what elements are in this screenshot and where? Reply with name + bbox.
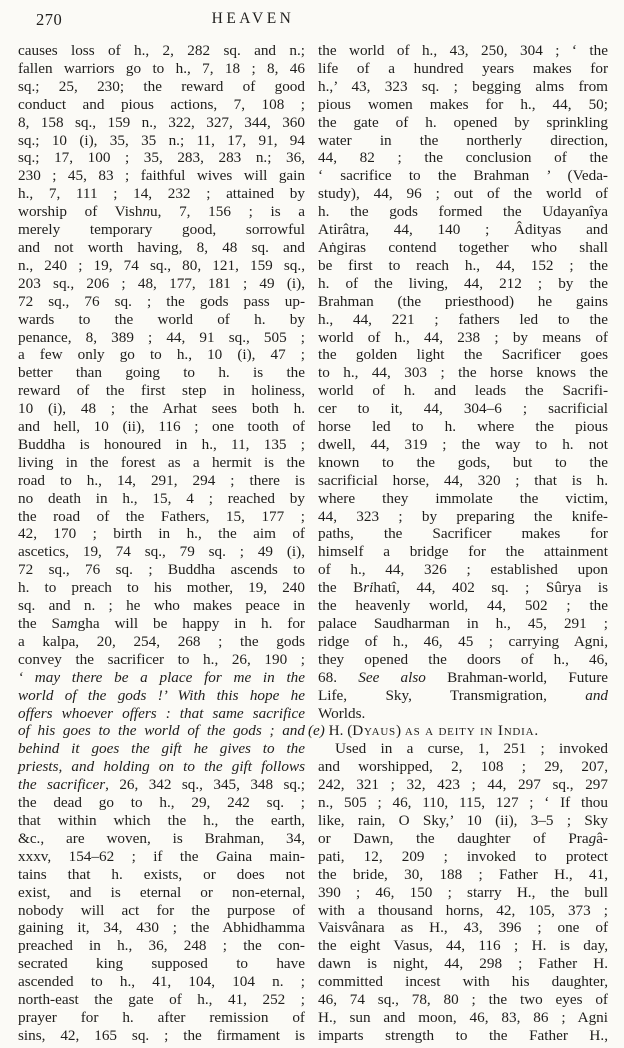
text-line: wards to the world of h. by <box>18 311 305 329</box>
text-line: causes loss of h., 2, 282 sq. and n.; <box>18 42 305 60</box>
book-page: 270 HEAVEN causes loss of h., 2, 282 sq.… <box>0 0 624 1048</box>
text-line: 10 (i), 48 ; the Arhat sees both h. <box>18 400 305 418</box>
text-line: be first to reach h., 44, 152 ; the <box>318 257 608 275</box>
text-line: sq.; 25, 230; the reward of good <box>18 78 305 96</box>
right-column: the world of h., 43, 250, 304 ; ‘ thelif… <box>318 42 608 1045</box>
text-line: merely temporary good, sorrowful <box>18 221 305 239</box>
text-line: worship of Vishnu, 7, 156 ; is a <box>18 203 305 221</box>
text-line: himself a bridge for the attainment <box>318 543 608 561</box>
text-line: ascended to h., 41, 104, 104 n. ; <box>18 973 305 991</box>
text-line: the Samgha will be happy in h. for <box>18 615 305 633</box>
text-line: h., 44, 221 ; fathers led to the <box>318 311 608 329</box>
running-head: HEAVEN <box>0 10 506 28</box>
text-line: known to the gods, but to the <box>318 454 608 472</box>
text-line: 68. See also Brahman-world, Future <box>318 669 608 687</box>
text-line: 72 sq., 76 sq. ; the gods pass up- <box>18 293 305 311</box>
text-line: Atirâtra, 44, 140 ; Âdityas and <box>318 221 608 239</box>
text-line: 44, 82 ; the conclusion of the <box>318 149 608 167</box>
text-line: the dead go to h., 29, 242 sq. ; <box>18 794 305 812</box>
text-line: no death in h., 15, 4 ; reached by <box>18 490 305 508</box>
text-line: 242, 321 ; 32, 423 ; 44, 297 sq., 297 <box>318 776 608 794</box>
text-line: h., 7, 111 ; 14, 232 ; attained by <box>18 185 305 203</box>
text-line: &c., are woven, is Brahman, 34, <box>18 830 305 848</box>
text-line: water in the northerly direction, <box>318 132 608 150</box>
text-line: 203 sq., 206 ; 48, 177, 181 ; 49 (i), <box>18 275 305 293</box>
text-line: the road of the Fathers, 15, 177 ; <box>18 508 305 526</box>
text-line: sq.; 10 (i), 35, 35 n.; 11, 17, 91, 94 <box>18 132 305 150</box>
text-line: dawn is night, 44, 298 ; Father H. <box>318 955 608 973</box>
text-line: the gate of h. opened by sprinkling <box>318 114 608 132</box>
text-line: H., sun and moon, 46, 83, 86 ; Agni <box>318 1009 608 1027</box>
text-line: convey the sacrificer to h., 26, 190 ; <box>18 651 305 669</box>
text-line: the bride, 30, 188 ; Father H., 41, <box>318 866 608 884</box>
text-line: fallen warriors go to h., 7, 18 ; 8, 46 <box>18 60 305 78</box>
text-line: road to h., 14, 291, 294 ; there is <box>18 472 305 490</box>
text-line: h.,’ 43, 323 sq. ; begging alms from <box>318 78 608 96</box>
text-line: imparts strength to the Father H., <box>318 1027 608 1045</box>
text-line: world of the gods !’ With this hope he <box>18 687 305 705</box>
text-columns: causes loss of h., 2, 282 sq. and n.;fal… <box>18 42 608 1045</box>
text-line: conduct and pious actions, 7, 108 ; <box>18 96 305 114</box>
text-line: reward of the first step in holiness, <box>18 382 305 400</box>
text-line: priests, and holding on to the gift foll… <box>18 758 305 776</box>
text-line: the sacrificer, 26, 342 sq., 345, 348 sq… <box>18 776 305 794</box>
text-line: like, rain, O Sky,’ 10 (ii), 3–5 ; Sky <box>318 812 608 830</box>
text-line: where they immolate the victim, <box>318 490 608 508</box>
text-line: pious women makes for h., 44, 50; <box>318 96 608 114</box>
text-line: study), 44, 96 ; out of the world of <box>318 185 608 203</box>
text-line: preached in h., 36, 248 ; the con- <box>18 937 305 955</box>
text-line: the heavenly world, 44, 502 ; the <box>318 597 608 615</box>
text-line: the eight Vasus, 44, 116 ; H. is day, <box>318 937 608 955</box>
text-line: 230 ; 45, 83 ; faithful wives will gain <box>18 167 305 185</box>
text-line: 390 ; 46, 150 ; starry H., the bull <box>318 884 608 902</box>
text-line: horse led to h. where the pious <box>318 418 608 436</box>
text-line: a kalpa, 20, 254, 268 ; the gods <box>18 633 305 651</box>
text-line: that within which the h., the earth, <box>18 812 305 830</box>
text-line: dwell, 44, 319 ; the way to h. not <box>318 436 608 454</box>
text-line: sq. and n. ; he who makes peace in <box>18 597 305 615</box>
text-line: or Dawn, the daughter of Pragâ- <box>318 830 608 848</box>
text-line: behind it goes the gift he gives to the <box>18 740 305 758</box>
text-line: palace Saudharman in h., 45, 291 ; <box>318 615 608 633</box>
text-line: h. the gods formed the Udayanîya <box>318 203 608 221</box>
text-line: Life, Sky, Transmigration, and <box>318 687 608 705</box>
text-line: paths, the Sacrificer makes for <box>318 525 608 543</box>
text-line: (e) H. (Dyaus) as a deity in India. <box>308 722 608 740</box>
text-line: life of a hundred years makes for <box>318 60 608 78</box>
text-line: of h., 44, 326 ; established upon <box>318 561 608 579</box>
text-line: Brahman (the priesthood) he gains <box>318 293 608 311</box>
text-line: the golden light the Sacrificer goes <box>318 346 608 364</box>
text-line: n., 240 ; 19, 74 sq., 80, 121, 159 sq., <box>18 257 305 275</box>
text-line: a few only go to h., 10 (i), 47 ; <box>18 346 305 364</box>
text-line: n., 505 ; 46, 110, 115, 127 ; ‘ If thou <box>318 794 608 812</box>
text-line: and not worth having, 8, 48 sq. and <box>18 239 305 257</box>
text-line: 46, 74 sq., 78, 80 ; the two eyes of <box>318 991 608 1009</box>
text-line: sq.; 17, 100 ; 35, 283, 283 n.; 36, <box>18 149 305 167</box>
text-line: 42, 170 ; birth in h., the aim of <box>18 525 305 543</box>
text-line: ‘ sacrifice to the Brahman ’ (Veda- <box>318 167 608 185</box>
text-line: the Brihatî, 44, 402 sq. ; Sûrya is <box>318 579 608 597</box>
text-line: xxxv, 154–62 ; if the Gaina main- <box>18 848 305 866</box>
text-line: the world of h., 43, 250, 304 ; ‘ the <box>318 42 608 60</box>
text-line: cer to it, 44, 304–6 ; sacrificial <box>318 400 608 418</box>
text-line: living in the forest as a hermit is the <box>18 454 305 472</box>
text-line: sacrificial horse, 44, 320 ; that is h. <box>318 472 608 490</box>
text-line: north-east the gate of h., 41, 252 ; <box>18 991 305 1009</box>
text-line: ‘ may there be a place for me in the <box>18 669 305 687</box>
text-line: 8, 158 sq., 159 n., 322, 327, 344, 360 <box>18 114 305 132</box>
text-line: Used in a curse, 1, 251 ; invoked <box>318 740 608 758</box>
text-line: Vaisvânara as H., 43, 396 ; one of <box>318 919 608 937</box>
text-line: 72 sq., 76 sq. ; Buddha ascends to <box>18 561 305 579</box>
text-line: ascetics, 19, 74 sq., 79 sq. ; 49 (i), <box>18 543 305 561</box>
text-line: h. to preach to his mother, 19, 240 <box>18 579 305 597</box>
text-line: gaining it, 34, 430 ; the Abhidhamma <box>18 919 305 937</box>
text-line: Buddha is honoured in h., 11, 135 ; <box>18 436 305 454</box>
text-line: exist, and is eternal or non-eternal, <box>18 884 305 902</box>
text-line: offers whoever offers : that same sacrif… <box>18 705 305 723</box>
text-line: tains that h. exists, or does not <box>18 866 305 884</box>
text-line: of his goes to the world of the gods ; a… <box>18 722 305 740</box>
text-line: prayer for h. after remission of <box>18 1009 305 1027</box>
text-line: to h., 44, 303 ; the horse knows the <box>318 364 608 382</box>
text-line: with a thousand horns, 42, 105, 373 ; <box>318 902 608 920</box>
left-column: causes loss of h., 2, 282 sq. and n.;fal… <box>18 42 305 1045</box>
text-line: 44, 323 ; by preparing the knife- <box>318 508 608 526</box>
text-line: Worlds. <box>318 705 608 723</box>
text-line: better than going to h. is the <box>18 364 305 382</box>
text-line: they opened the doors of h., 46, <box>318 651 608 669</box>
text-line: and hell, 10 (ii), 116 ; one tooth of <box>18 418 305 436</box>
text-line: secrated king supposed to have <box>18 955 305 973</box>
text-line: and worshipped, 2, 108 ; 29, 207, <box>318 758 608 776</box>
text-line: pati, 12, 209 ; invoked to protect <box>318 848 608 866</box>
text-line: penance, 8, 389 ; 44, 91 sq., 505 ; <box>18 329 305 347</box>
text-line: nobody will act for the purpose of <box>18 902 305 920</box>
text-line: ridge of h., 46, 45 ; carrying Agni, <box>318 633 608 651</box>
text-line: h. of the living, 44, 212 ; by the <box>318 275 608 293</box>
text-line: sins, 42, 165 sq. ; the firmament is <box>18 1027 305 1045</box>
text-line: Aṅgiras contend together who shall <box>318 239 608 257</box>
text-line: world of h. and leads the Sacrifi- <box>318 382 608 400</box>
text-line: world of h., 44, 238 ; by means of <box>318 329 608 347</box>
text-line: committed incest with his daughter, <box>318 973 608 991</box>
